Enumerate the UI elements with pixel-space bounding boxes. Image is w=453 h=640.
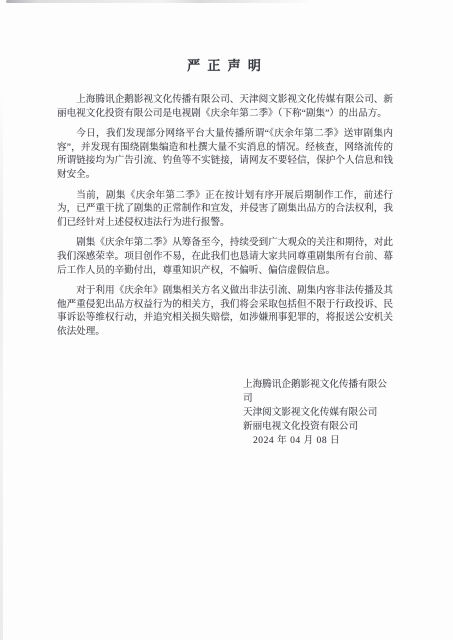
scan-left-edge-artifact	[0, 90, 3, 640]
signature-company-3: 新丽电视文化投资有限公司	[243, 420, 393, 434]
statement-paragraph-fake-links: 今日，我们发现部分网络平台大量传播所谓“《庆余年第二季》送审剧集内容”，并发现有…	[57, 127, 393, 181]
statement-title: 严 正 声 明	[57, 59, 393, 73]
statement-paragraph-police-report: 当前，剧集《庆余年第二季》正在按计划有序开展后期制作工作，前述行为，已严重干扰了…	[57, 189, 393, 230]
signature-block: 上海腾讯企鹅影视文化传播有限公司 天津阅文影视文化传媒有限公司 新丽电视文化投资…	[243, 378, 393, 448]
scan-top-edge-artifact	[6, 0, 316, 3]
statement-body: 严 正 声 明 上海腾讯企鹅影视文化传播有限公司、天津阅文影视文化传媒有限公司、…	[57, 59, 393, 448]
statement-paragraph-respect-ip: 剧集《庆余年第二季》从筹备至今，持续受到广大观众的关注和期待，对此我们深感荣幸。…	[57, 236, 393, 277]
signature-company-1: 上海腾讯企鹅影视文化传播有限公司	[243, 378, 393, 406]
document-page: 严 正 声 明 上海腾讯企鹅影视文化传播有限公司、天津阅文影视文化传媒有限公司、…	[0, 0, 453, 640]
signature-date: 2024 年 04 月 08 日	[243, 434, 393, 448]
statement-paragraph-producers: 上海腾讯企鹅影视文化传播有限公司、天津阅文影视文化传媒有限公司、新丽电视文化投资…	[57, 93, 393, 120]
statement-paragraph-legal-action: 对于利用《庆余年》剧集相关方名义做出非法引流、剧集内容非法传播及其他严重侵犯出品…	[57, 284, 393, 338]
signature-company-2: 天津阅文影视文化传媒有限公司	[243, 406, 393, 420]
